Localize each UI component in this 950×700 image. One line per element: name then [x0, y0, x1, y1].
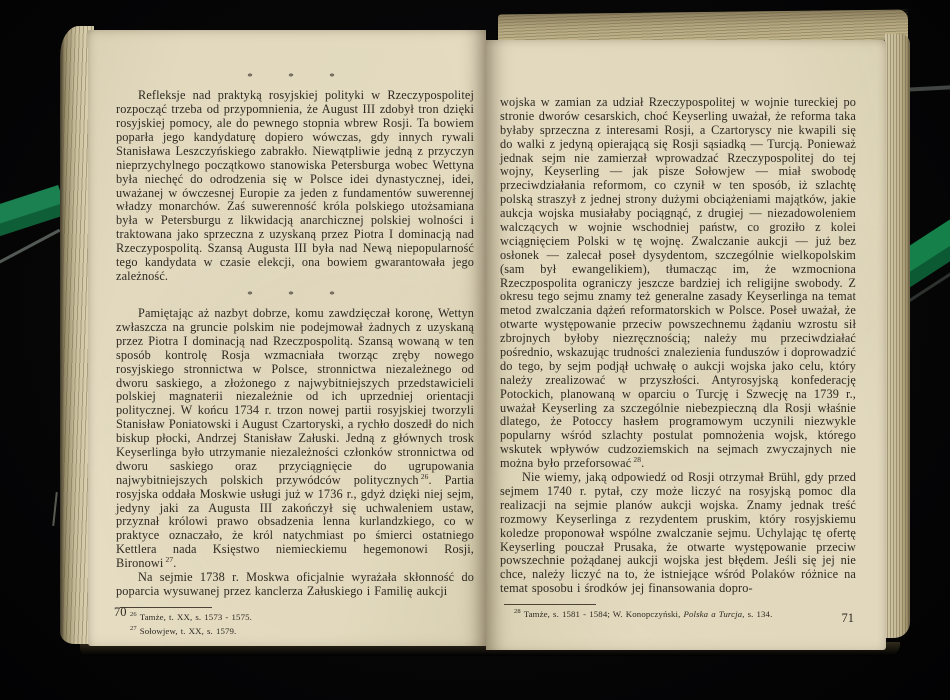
footnote-text: Tamże, s. 1581 - 1584; W. Konopczyński, [524, 609, 684, 619]
footnote-rule [120, 607, 212, 608]
book-page-left: * * * Refleksje nad praktyką rosyjskiej … [88, 30, 486, 646]
footnote: 27Sołowjew, t. XX, s. 1579. [130, 624, 474, 639]
paragraph: Refleksje nad praktyką rosyjskiej polity… [116, 89, 474, 283]
paragraph: Pamiętając aż nazbyt dobrze, komu zawdzi… [116, 307, 474, 571]
page-number: 70 [114, 605, 127, 620]
footnote-marker: 26 [130, 611, 137, 618]
paragraph: Na sejmie 1738 r. Moskwa oficjalnie wyra… [116, 571, 474, 599]
paragraph-text: . [641, 456, 644, 470]
page-left-text-column: * * * Refleksje nad praktyką rosyjskiej … [116, 70, 474, 639]
page-edge-stack-right [885, 34, 910, 638]
paragraph-text: wojska w zamian za udział Rzeczypospolit… [500, 95, 856, 470]
footnote: 28Tamże, s. 1581 - 1584; W. Konopczyński… [514, 607, 856, 622]
section-separator: * * * [124, 70, 474, 84]
footnote-text: Sołowjew, t. XX, s. 1579. [140, 626, 237, 636]
open-book: * * * Refleksje nad praktyką rosyjskiej … [60, 10, 910, 662]
paragraph-text: Pamiętając aż nazbyt dobrze, komu zawdzi… [116, 306, 474, 487]
photo-background: * * * Refleksje nad praktyką rosyjskiej … [0, 0, 950, 700]
paragraph: wojska w zamian za udział Rzeczypospolit… [500, 96, 856, 471]
page-right-text-column: wojska w zamian za udział Rzeczypospolit… [500, 96, 856, 622]
footnote-reference: 28 [633, 455, 641, 464]
footnote-text: Tamże, t. XX, s. 1573 - 1575. [140, 612, 252, 622]
footnote-rule [504, 604, 596, 605]
footnote-text: , s. 134. [742, 609, 772, 619]
book-page-right: wojska w zamian za udział Rzeczypospolit… [486, 40, 886, 650]
footnote-marker: 28 [514, 608, 521, 615]
footnote-marker: 27 [130, 625, 137, 632]
footnote-book-title: Polska a Turcja [683, 609, 742, 619]
page-number: 71 [842, 611, 855, 626]
diagonal-line-left [0, 229, 60, 266]
footnotes-block: 28Tamże, s. 1581 - 1584; W. Konopczyński… [500, 604, 856, 622]
section-separator: * * * [124, 288, 474, 302]
footnote: 26Tamże, t. XX, s. 1573 - 1575. [130, 610, 474, 625]
paragraph-text: . [173, 556, 176, 570]
footnotes-block: 26Tamże, t. XX, s. 1573 - 1575. 27Sołowj… [116, 607, 474, 639]
page-edge-highlight [52, 492, 58, 526]
paragraph: Nie wiemy, jaką odpowiedź od Rosji otrzy… [500, 471, 856, 596]
